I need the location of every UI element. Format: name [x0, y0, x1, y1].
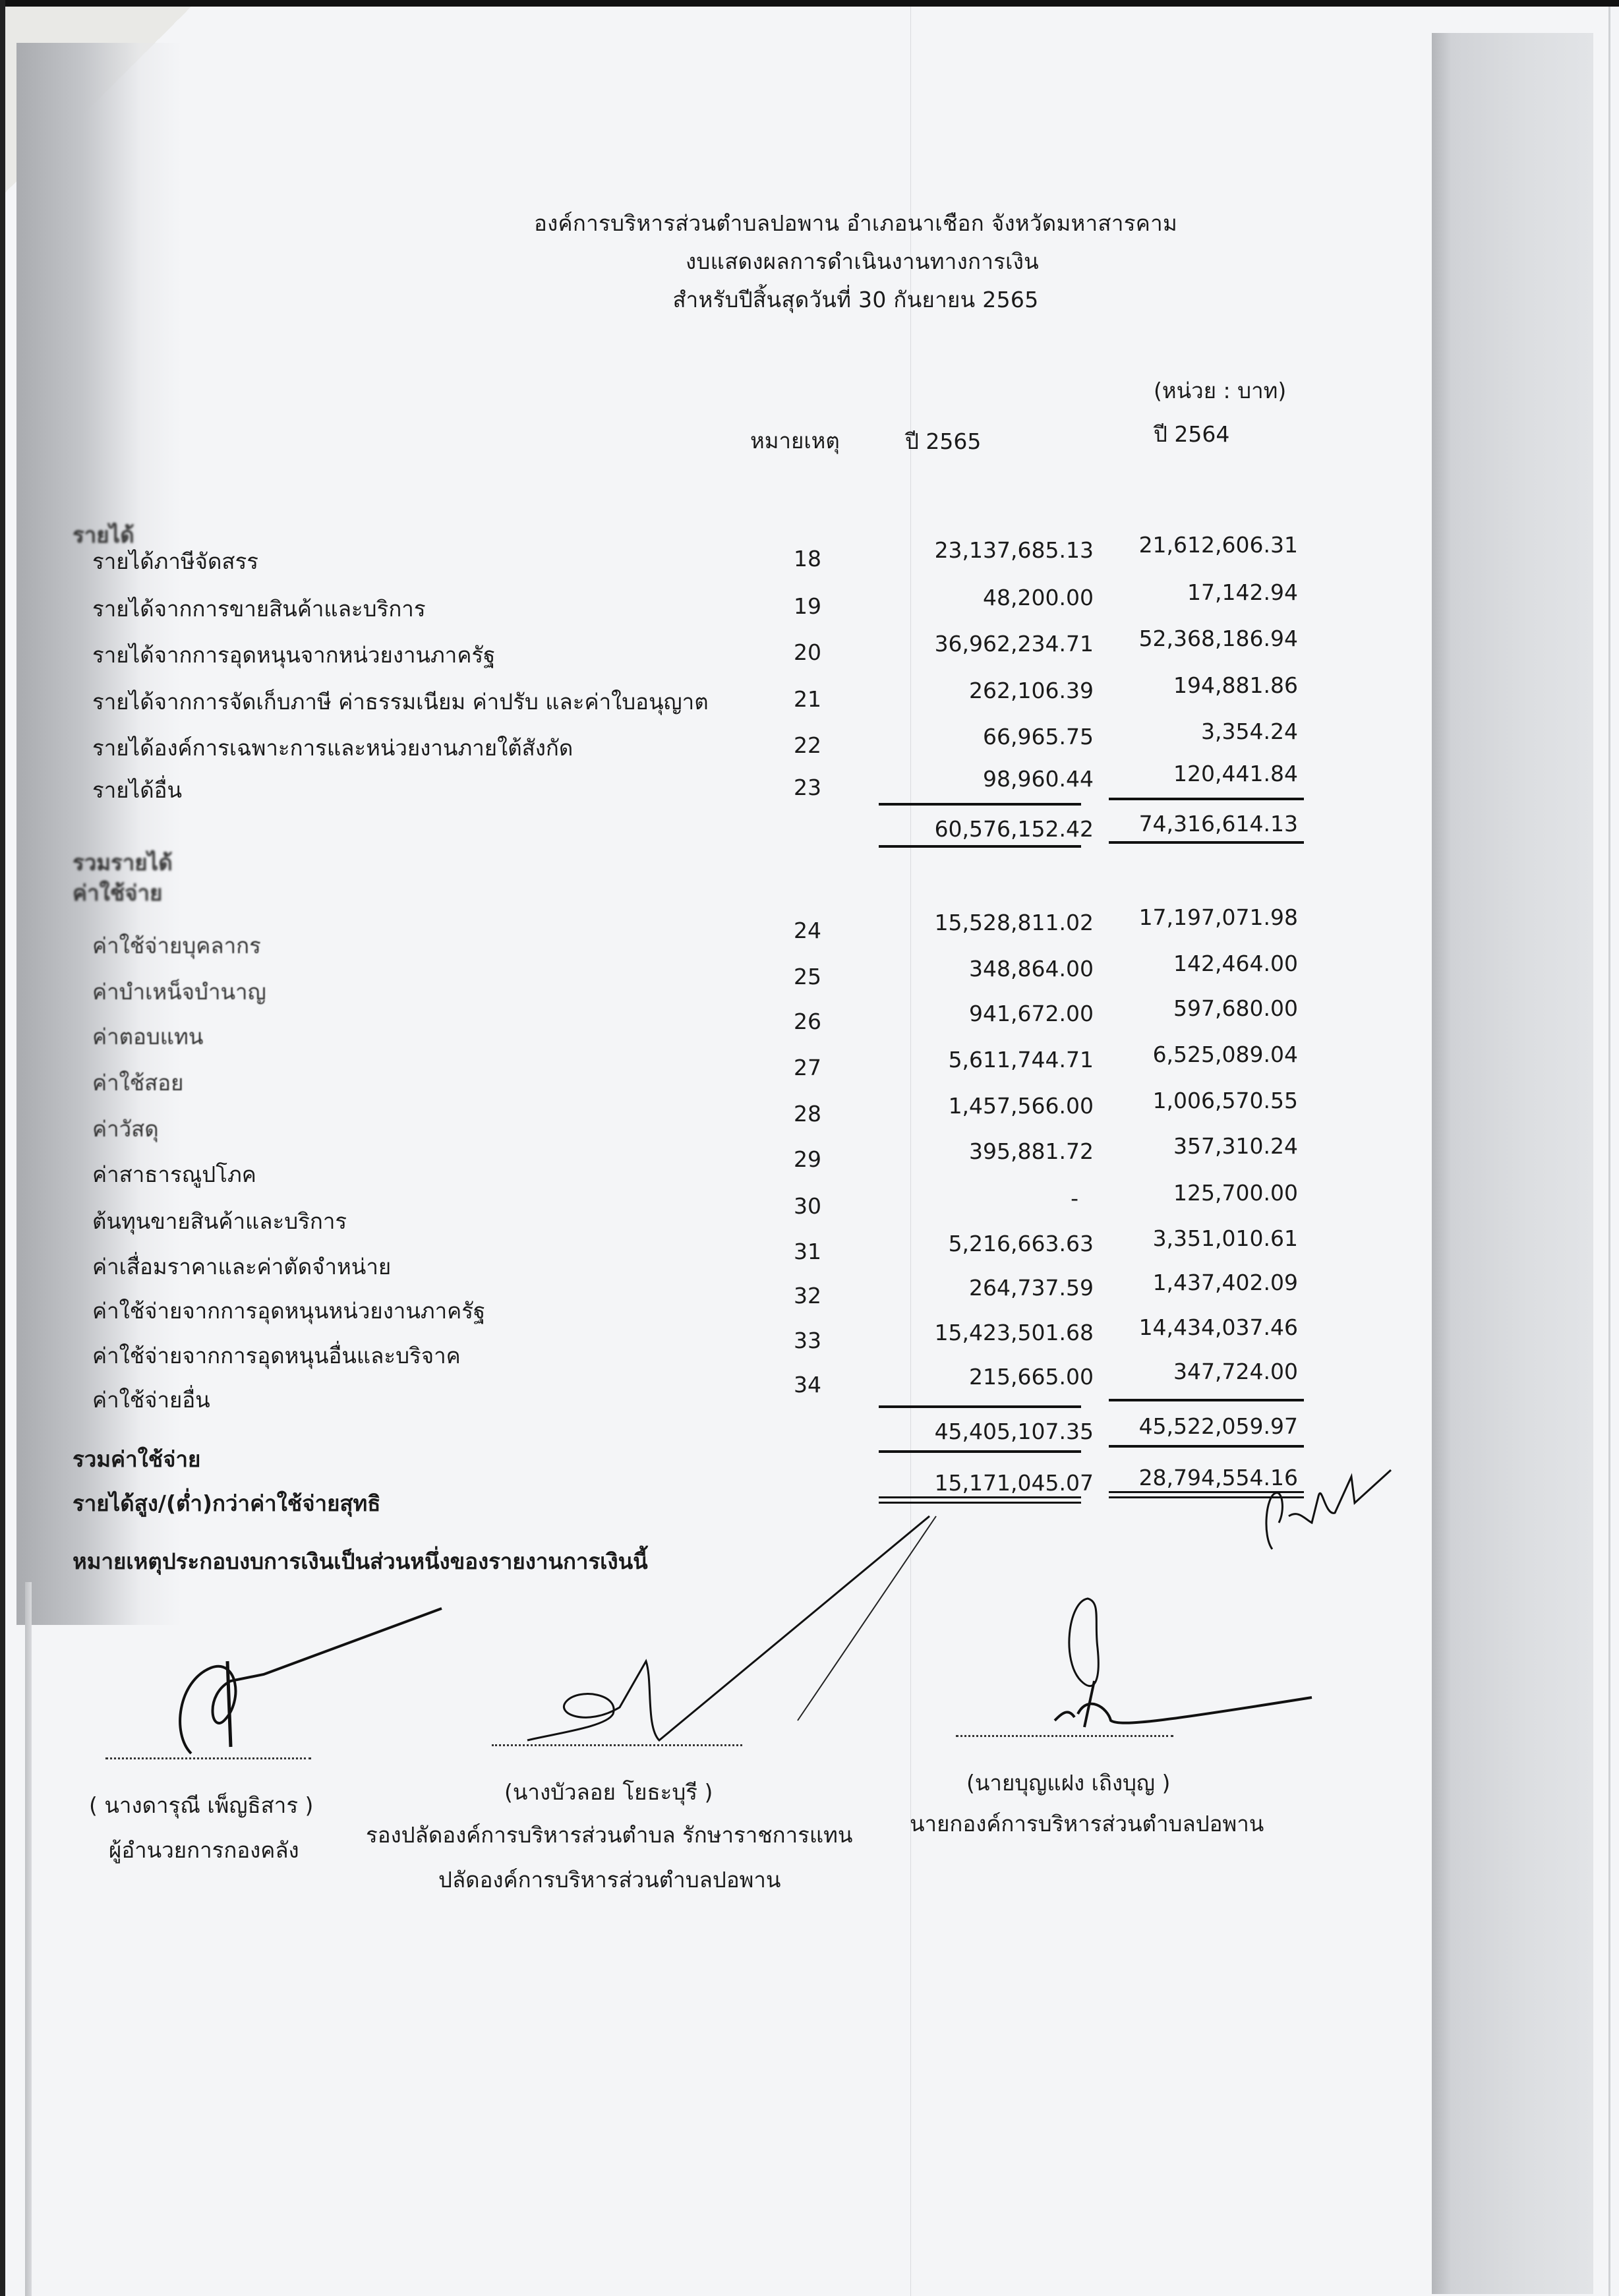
expense-row: ค่าบำเหน็จบำนาญ25348,864.00142,464.00 [0, 974, 1619, 1014]
signature-line-stroke-icon [784, 1516, 943, 1727]
line-item-label: ค่าตอบแทน [92, 1019, 203, 1054]
line-item-label: ค่าเสื่อมราคาและค่าตัดจำหน่าย [92, 1249, 391, 1284]
note-number: 32 [788, 1283, 827, 1309]
expenses-heading: ค่าใช้จ่าย [73, 875, 162, 910]
signature-3-icon [1048, 1595, 1325, 1740]
value-2565: 941,672.00 [969, 1001, 1094, 1026]
expense-row: ค่าใช้สอย275,611,744.716,525,089.04 [0, 1065, 1619, 1105]
statement-title: งบแสดงผลการดำเนินงานทางการเงิน [0, 243, 1619, 281]
note-number: 28 [788, 1101, 827, 1127]
value-2564: 17,142.94 [1187, 579, 1298, 605]
signatory-2-title: รองปลัดองค์การบริหารส่วนตำบล รักษาราชการ… [366, 1817, 853, 1852]
total-revenue-2564: 74,316,614.13 [1139, 811, 1298, 837]
value-2564: 21,612,606.31 [1139, 532, 1298, 558]
value-2565: 262,106.39 [969, 678, 1094, 703]
expense-row: ค่าตอบแทน26941,672.00597,680.00 [0, 1019, 1619, 1059]
value-2565: 264,737.59 [969, 1275, 1094, 1301]
value-2564: 125,700.00 [1173, 1180, 1298, 1206]
line-item-label: ค่าใช้จ่ายอื่น [92, 1382, 210, 1417]
double-underline [879, 1496, 1081, 1498]
value-2564: 3,354.24 [1201, 719, 1298, 744]
value-2564: 194,881.86 [1173, 672, 1298, 698]
value-2564: 357,310.24 [1173, 1133, 1298, 1159]
expense-row: ค่าสาธารณูปโภค29395,881.72357,310.24 [0, 1157, 1619, 1196]
column-header-2564: ปี 2564 [1154, 417, 1229, 452]
value-2564: 6,525,089.04 [1153, 1042, 1298, 1067]
value-2565: 215,665.00 [969, 1364, 1094, 1390]
value-2565: 15,423,501.68 [935, 1320, 1094, 1345]
expense-row: ค่าใช้จ่ายบุคลากร2415,528,811.0217,197,0… [0, 928, 1619, 968]
value-2565: 98,960.44 [983, 766, 1094, 792]
signatory-2-title-line2: ปลัดองค์การบริหารส่วนตำบลปอพาน [438, 1862, 781, 1897]
note-number: 27 [788, 1055, 827, 1080]
value-2564: 597,680.00 [1173, 995, 1298, 1021]
value-2564: 1,006,570.55 [1153, 1088, 1298, 1113]
expense-row: ต้นทุนขายสินค้าและบริการ30-125,700.00 [0, 1204, 1619, 1243]
signatory-1-title: ผู้อำนวยการกองคลัง [109, 1833, 299, 1868]
note-number: 22 [788, 732, 827, 758]
note-number: 31 [788, 1239, 827, 1264]
value-2565: 5,611,744.71 [949, 1047, 1094, 1073]
revenue-row: รายได้จากการจัดเก็บภาษี ค่าธรรมเนียม ค่า… [0, 684, 1619, 724]
note-number: 26 [788, 1009, 827, 1034]
value-2564: 14,434,037.46 [1139, 1314, 1298, 1340]
note-number: 19 [788, 593, 827, 619]
note-number: 33 [788, 1328, 827, 1353]
line-item-label: รายได้ภาษีจัดสรร [92, 544, 258, 579]
note-number: 30 [788, 1193, 827, 1219]
note-number: 18 [788, 546, 827, 572]
value-2564: 17,197,071.98 [1139, 904, 1298, 930]
signatory-2-name: (นางบัวลอย โยธะบุรี ) [504, 1775, 713, 1810]
net-label: รายได้สูง/(ต่ำ)กว่าค่าใช้จ่ายสุทธิ [73, 1486, 380, 1521]
value-2565: 5,216,663.63 [949, 1231, 1094, 1256]
value-2565: 48,200.00 [983, 585, 1094, 610]
value-2564: 52,368,186.94 [1139, 626, 1298, 651]
column-header-2565: ปี 2565 [905, 424, 981, 459]
line-item-label: ค่าใช้จ่ายจากการอุดหนุนหน่วยงานภาครัฐ [92, 1293, 485, 1328]
line-item-label: ค่าใช้จ่ายบุคลากร [92, 928, 261, 963]
signatory-3-title: นายกองค์การบริหารส่วนตำบลปอพาน [910, 1806, 1264, 1841]
value-2565: 15,528,811.02 [935, 910, 1094, 935]
line-item-label: รายได้จากการขายสินค้าและบริการ [92, 591, 426, 626]
note-number: 24 [788, 918, 827, 943]
line-item-label: รายได้อื่น [92, 773, 182, 808]
value-2564: 347,724.00 [1173, 1359, 1298, 1384]
signature-line-2 [492, 1744, 742, 1746]
expense-row: ค่าวัสดุ281,457,566.001,006,570.55 [0, 1111, 1619, 1151]
line-item-label: รายได้องค์การเฉพาะการและหน่วยงานภายใต้สั… [92, 730, 573, 765]
signature-line-1 [105, 1757, 311, 1759]
value-2565: 66,965.75 [983, 724, 1094, 750]
line-item-label: ต้นทุนขายสินค้าและบริการ [92, 1204, 347, 1239]
line-item-label: รายได้จากการอุดหนุนจากหน่วยงานภาครัฐ [92, 637, 495, 672]
note-number: 25 [788, 964, 827, 989]
value-2564: 3,351,010.61 [1153, 1225, 1298, 1251]
revenue-row: รายได้อื่น2398,960.44120,441.84 [0, 773, 1619, 812]
document-header: องค์การบริหารส่วนตำบลปอพาน อำเภอนาเชือก … [0, 204, 1619, 319]
signatory-1-name: ( นางดารุณี เพ็ญธิสาร ) [89, 1788, 313, 1823]
value-2564: 120,441.84 [1173, 761, 1298, 786]
note-number: 21 [788, 686, 827, 712]
line-item-label: ค่าใช้จ่ายจากการอุดหนุนอื่นและบริจาค [92, 1338, 461, 1373]
note-number: 20 [788, 639, 827, 665]
note-number: 34 [788, 1372, 827, 1398]
line-item-label: ค่าวัสดุ [92, 1111, 159, 1146]
net-2565: 15,171,045.07 [935, 1470, 1094, 1496]
column-header-note: หมายเหตุ [750, 423, 840, 458]
value-2565: - [1071, 1185, 1078, 1211]
revenue-row: รายได้จากการขายสินค้าและบริการ1948,200.0… [0, 591, 1619, 631]
underline [1109, 841, 1304, 844]
line-item-label: ค่าสาธารณูปโภค [92, 1157, 256, 1192]
expense-row: ค่าใช้จ่ายอื่น34215,665.00347,724.00 [0, 1382, 1619, 1422]
note-number: 23 [788, 775, 827, 800]
currency-unit: (หน่วย : บาท) [1154, 373, 1286, 408]
value-2565: 348,864.00 [969, 956, 1094, 982]
total-expenses-label: รวมค่าใช้จ่าย [73, 1442, 200, 1477]
signature-line-3 [956, 1735, 1173, 1737]
revenue-row: รายได้ภาษีจัดสรร1823,137,685.1321,612,60… [0, 544, 1619, 583]
section-heading-expenses: ค่าใช้จ่าย [0, 875, 1619, 915]
expense-row: ค่าใช้จ่ายจากการอุดหนุนหน่วยงานภาครัฐ322… [0, 1293, 1619, 1333]
revenue-row: รายได้องค์การเฉพาะการและหน่วยงานภายใต้สั… [0, 730, 1619, 770]
value-2564: 142,464.00 [1173, 951, 1298, 976]
statement-period: สำหรับปีสิ้นสุดวันที่ 30 กันยายน 2565 [0, 281, 1619, 319]
line-item-label: ค่าบำเหน็จบำนาญ [92, 974, 266, 1009]
underline [1109, 798, 1304, 800]
underline [879, 803, 1081, 806]
scan-left-edge [25, 1582, 32, 2296]
value-2565: 36,962,234.71 [935, 631, 1094, 657]
revenue-row: รายได้จากการอุดหนุนจากหน่วยงานภาครัฐ2036… [0, 637, 1619, 677]
value-2565: 1,457,566.00 [949, 1093, 1094, 1119]
total-revenue-2565: 60,576,152.42 [935, 816, 1094, 842]
underline [879, 1405, 1081, 1408]
value-2565: 395,881.72 [969, 1138, 1094, 1164]
organization-name: องค์การบริหารส่วนตำบลปอพาน อำเภอนาเชือก … [0, 204, 1619, 243]
scan-border-top [0, 0, 1619, 7]
signature-1-icon [165, 1602, 461, 1760]
line-item-label: รายได้จากการจัดเก็บภาษี ค่าธรรมเนียม ค่า… [92, 684, 709, 719]
line-item-label: ค่าใช้สอย [92, 1065, 183, 1100]
total-expenses-2565: 45,405,107.35 [935, 1419, 1094, 1444]
underline [1109, 1399, 1304, 1401]
value-2565: 23,137,685.13 [935, 537, 1094, 563]
note-number: 29 [788, 1146, 827, 1172]
initials-signature-icon [1259, 1457, 1404, 1556]
total-expenses-2564: 45,522,059.97 [1139, 1413, 1298, 1439]
value-2564: 1,437,402.09 [1153, 1270, 1298, 1295]
signatory-3-name: (นายบุญแฝง เถิงบุญ ) [966, 1765, 1170, 1800]
